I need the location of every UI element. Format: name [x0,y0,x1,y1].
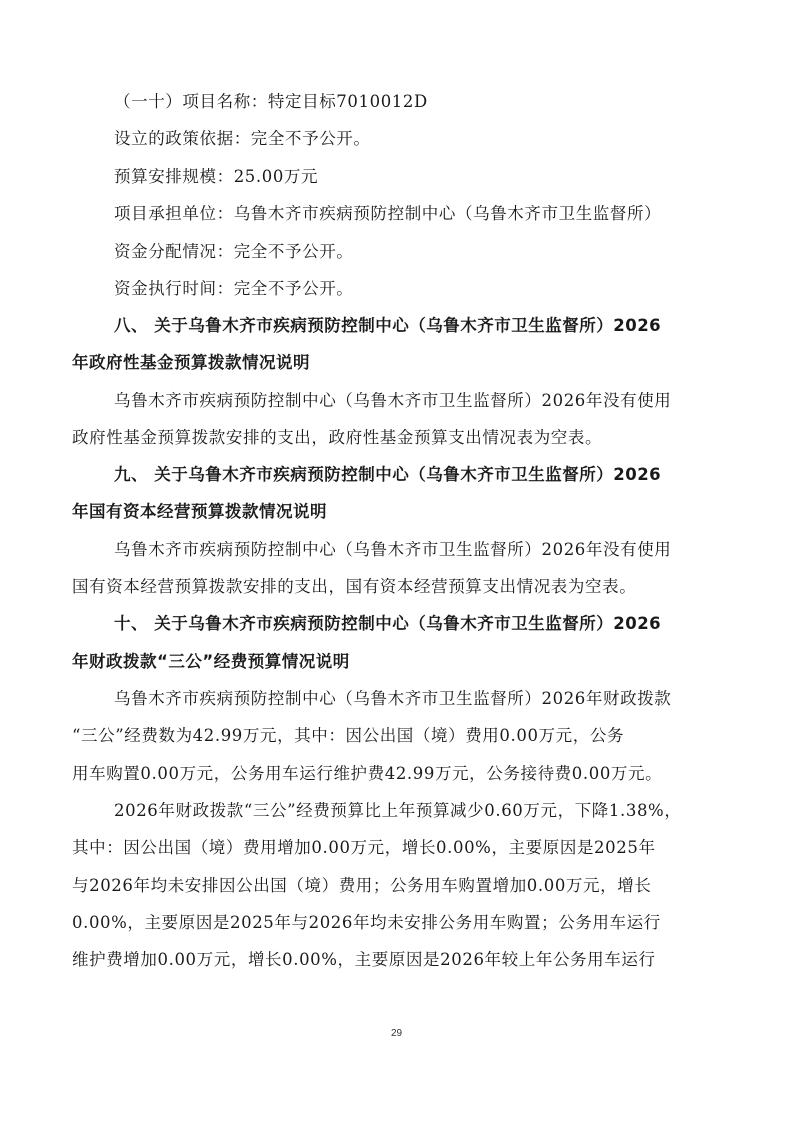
project-title: （一十）项目名称：特定目标7010012D [114,88,428,112]
section-10-para2-cont: 其中：因公出国（境）费用增加0.00万元，增长0.00%，主要原因是2025年 [72,834,656,858]
section-10-heading: 十、 关于乌鲁木齐市疾病预防控制中心（乌鲁木齐市卫生监督所）2026 [114,610,661,634]
section-9-heading: 九、 关于乌鲁木齐市疾病预防控制中心（乌鲁木齐市卫生监督所）2026 [114,461,661,485]
section-9-body-cont: 国有资本经营预算拨款安排的支出，国有资本经营预算支出情况表为空表。 [72,573,636,597]
section-8-body: 乌鲁木齐市疾病预防控制中心（乌鲁木齐市卫生监督所）2026年没有使用 [114,387,671,411]
section-8-heading-cont: 年政府性基金预算拨款情况说明 [72,349,310,373]
policy-basis: 设立的政策依据：完全不予公开。 [114,125,371,149]
fund-allocation: 资金分配情况：完全不予公开。 [114,238,353,262]
section-10-para1-cont: “三公”经费数为42.99万元，其中：因公出国（境）费用0.00万元，公务 [72,722,624,746]
section-10-para2-cont: 维护费增加0.00万元，增长0.00%，主要原因是2026年较上年公务用车运行 [72,946,656,970]
budget-scale: 预算安排规模：25.00万元 [114,163,318,187]
section-9-heading-cont: 年国有资本经营预算拨款情况说明 [72,498,327,522]
document-page: （一十）项目名称：特定目标7010012D 设立的政策依据：完全不予公开。 预算… [0,0,793,1122]
project-unit: 项目承担单位：乌鲁木齐市疾病预防控制中心（乌鲁木齐市卫生监督所） [114,200,661,224]
section-10-para1: 乌鲁木齐市疾病预防控制中心（乌鲁木齐市卫生监督所）2026年财政拨款 [114,685,671,709]
section-10-para2: 2026年财政拨款“三公”经费预算比上年预算减少0.60万元，下降1.38%， [114,797,681,821]
section-10-para2-cont: 0.00%，主要原因是2025年与2026年均未安排公务用车购置；公务用车运行 [72,909,661,933]
section-8-heading: 八、 关于乌鲁木齐市疾病预防控制中心（乌鲁木齐市卫生监督所）2026 [114,312,661,336]
page-number: 29 [0,1028,793,1039]
section-10-para2-cont: 与2026年均未安排因公出国（境）费用；公务用车购置增加0.00万元，增长 [72,872,651,896]
section-10-para1-cont: 用车购置0.00万元，公务用车运行维护费42.99万元，公务接待费0.00万元。 [72,760,662,784]
execution-time: 资金执行时间：完全不予公开。 [114,275,353,299]
section-9-body: 乌鲁木齐市疾病预防控制中心（乌鲁木齐市卫生监督所）2026年没有使用 [114,536,671,560]
section-8-body-cont: 政府性基金预算拨款安排的支出，政府性基金预算支出情况表为空表。 [72,424,602,448]
section-10-heading-cont: 年财政拨款“三公”经费预算情况说明 [72,648,350,672]
